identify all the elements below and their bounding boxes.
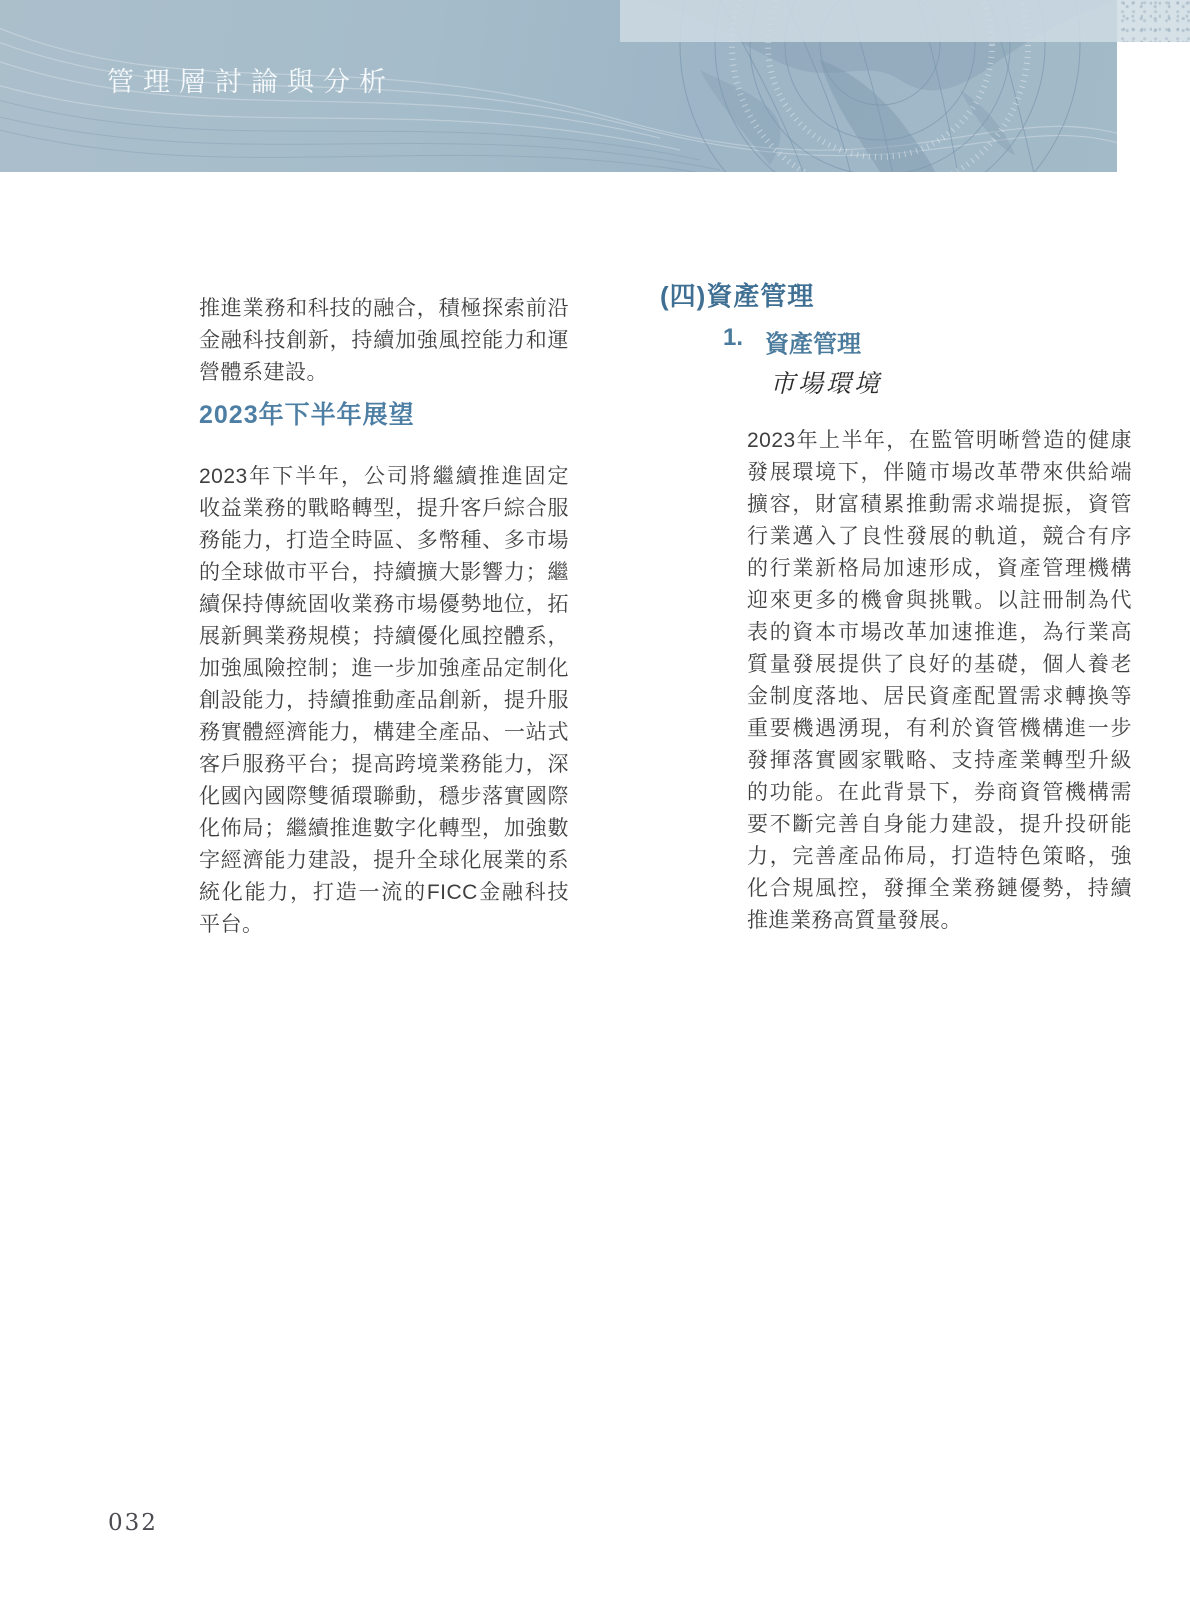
banner-top-strip [620,0,1190,42]
document-page: 管理層討論與分析 推進業務和科技的融合，積極探索前沿金融科技創新，持續加強風控能… [0,0,1190,1615]
subsection-heading: 1. 資產管理 [723,324,861,359]
intro-paragraph: 推進業務和科技的融合，積極探索前沿金融科技創新，持續加強風控能力和運營體系建設。 [199,293,569,389]
subsection-title: 資產管理 [765,324,861,359]
outlook-paragraph: 2023年下半年，公司將繼續推進固定收益業務的戰略轉型，提升客戶綜合服務能力，打… [199,461,569,941]
market-environment-paragraph: 2023年上半年，在監管明晰營造的健康發展環境下，伴隨市場改革帶來供給端擴容，財… [747,425,1132,937]
market-environment-heading: 市場環境 [770,364,882,400]
page-number: 032 [108,1510,158,1536]
corner-speckle-graphic [1116,0,1190,42]
section-heading: (四)資產管理 [660,276,814,313]
subsection-number: 1. [723,324,743,359]
page-title: 管理層討論與分析 [107,60,395,99]
wave-pattern-dark [0,95,740,172]
outlook-heading: 2023年下半年展望 [199,395,415,431]
